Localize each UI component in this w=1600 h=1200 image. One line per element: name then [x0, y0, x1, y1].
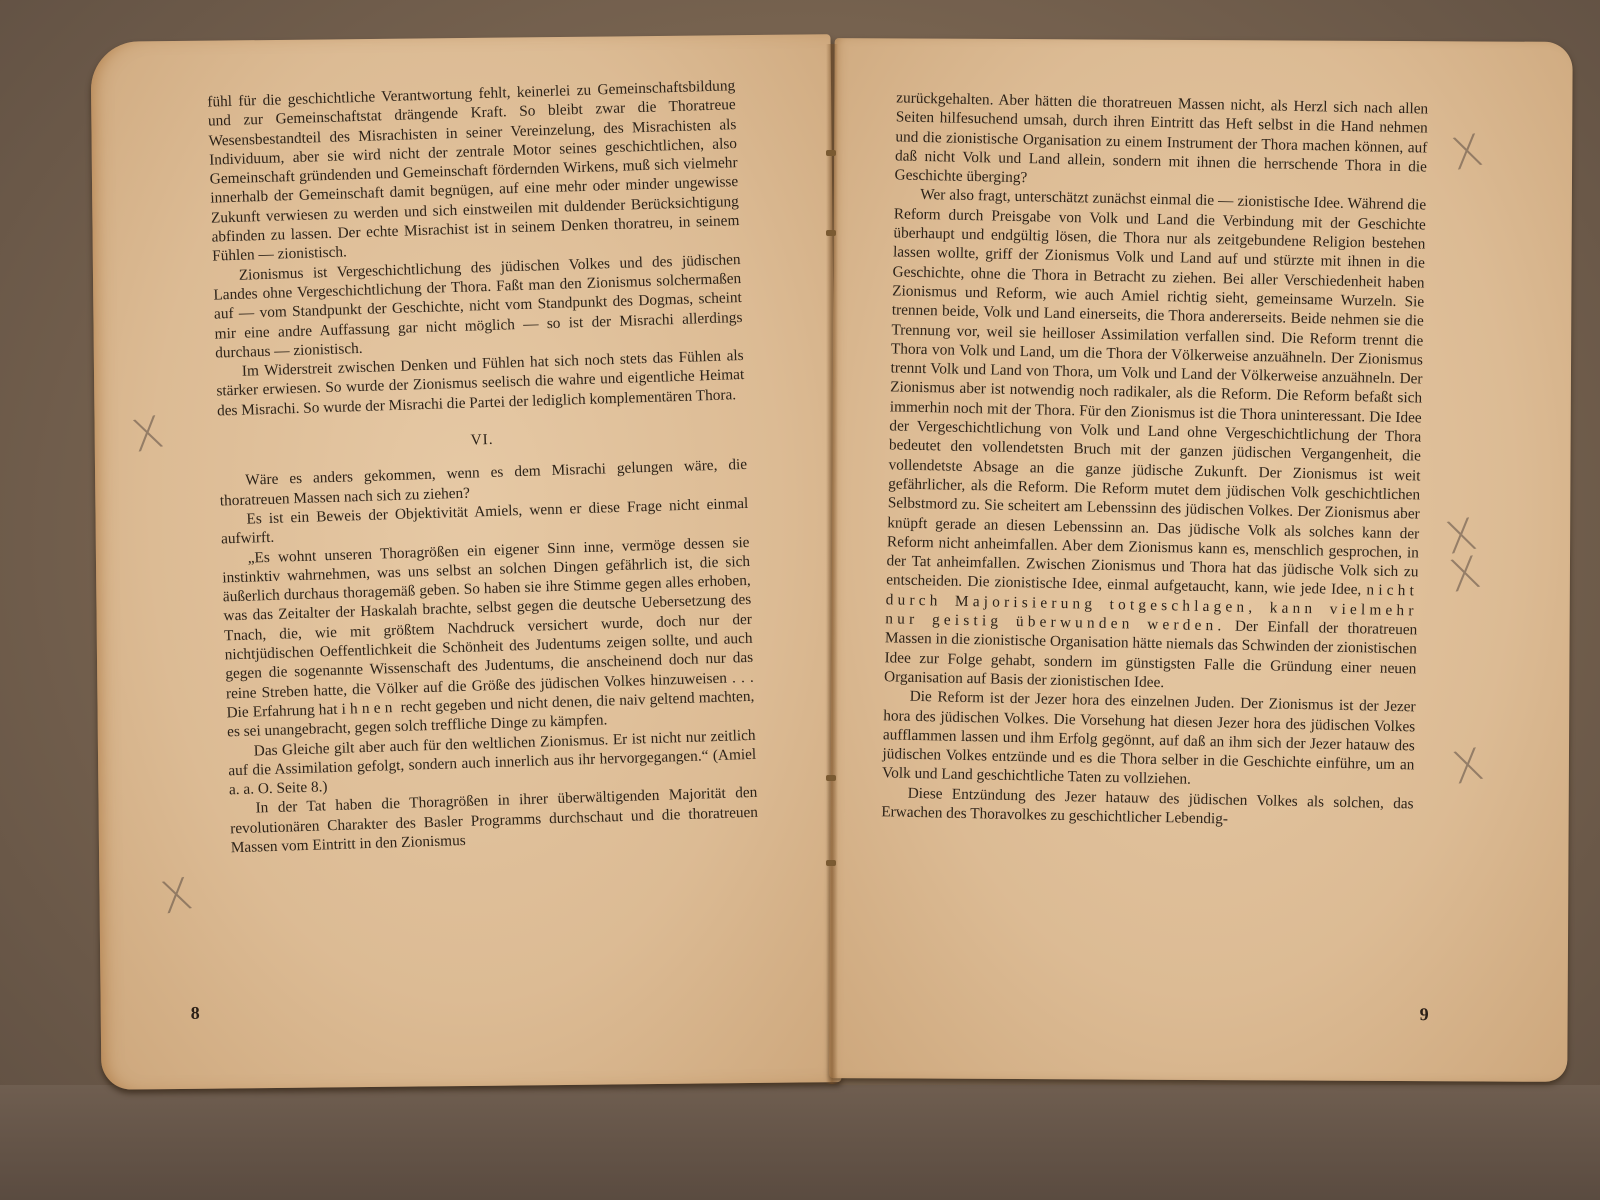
- left-page: fühl für die geschichtliche Verantwortun…: [91, 34, 842, 1090]
- page-number: 9: [1420, 1004, 1429, 1025]
- quote-paragraph: „Es wohnt unseren Thoragrößen ein eigene…: [221, 532, 755, 741]
- left-page-body: fühl für die geschichtliche Verantwortun…: [207, 76, 759, 857]
- paragraph: Wer also fragt, unterschätzt zunächst ei…: [884, 185, 1426, 698]
- pencil-x-mark-icon: X: [1447, 125, 1487, 181]
- section-heading: VI.: [218, 422, 746, 458]
- paragraph: zurückgehalten. Aber hätten die thoratre…: [894, 88, 1428, 196]
- binding-staple-icon: [826, 150, 836, 156]
- binding-staple-icon: [826, 230, 836, 236]
- paragraph: Die Reform ist der Jezer hora des einzel…: [882, 686, 1416, 794]
- binding-staple-icon: [826, 775, 836, 781]
- right-page: zurückgehalten. Aber hätten die thoratre…: [829, 38, 1572, 1082]
- pencil-x-mark-icon: X: [1448, 739, 1488, 795]
- paragraph: Zionismus ist Vergeschichtlichung des jü…: [213, 250, 744, 363]
- book-gutter: [826, 44, 838, 1084]
- paragraph: fühl für die geschichtliche Verantwortun…: [207, 76, 740, 266]
- emphasized-text: ihnen: [341, 699, 397, 718]
- binding-staple-icon: [826, 860, 836, 866]
- paragraph-text: Wer also fragt, unterschätzt zunächst ei…: [886, 186, 1426, 598]
- pencil-x-mark-icon: X: [156, 868, 197, 924]
- pencil-x-mark-icon: X: [127, 407, 168, 463]
- page-number: 8: [191, 1003, 200, 1024]
- right-page-body: zurückgehalten. Aber hätten die thoratre…: [881, 88, 1428, 832]
- table-surface: [0, 1085, 1600, 1200]
